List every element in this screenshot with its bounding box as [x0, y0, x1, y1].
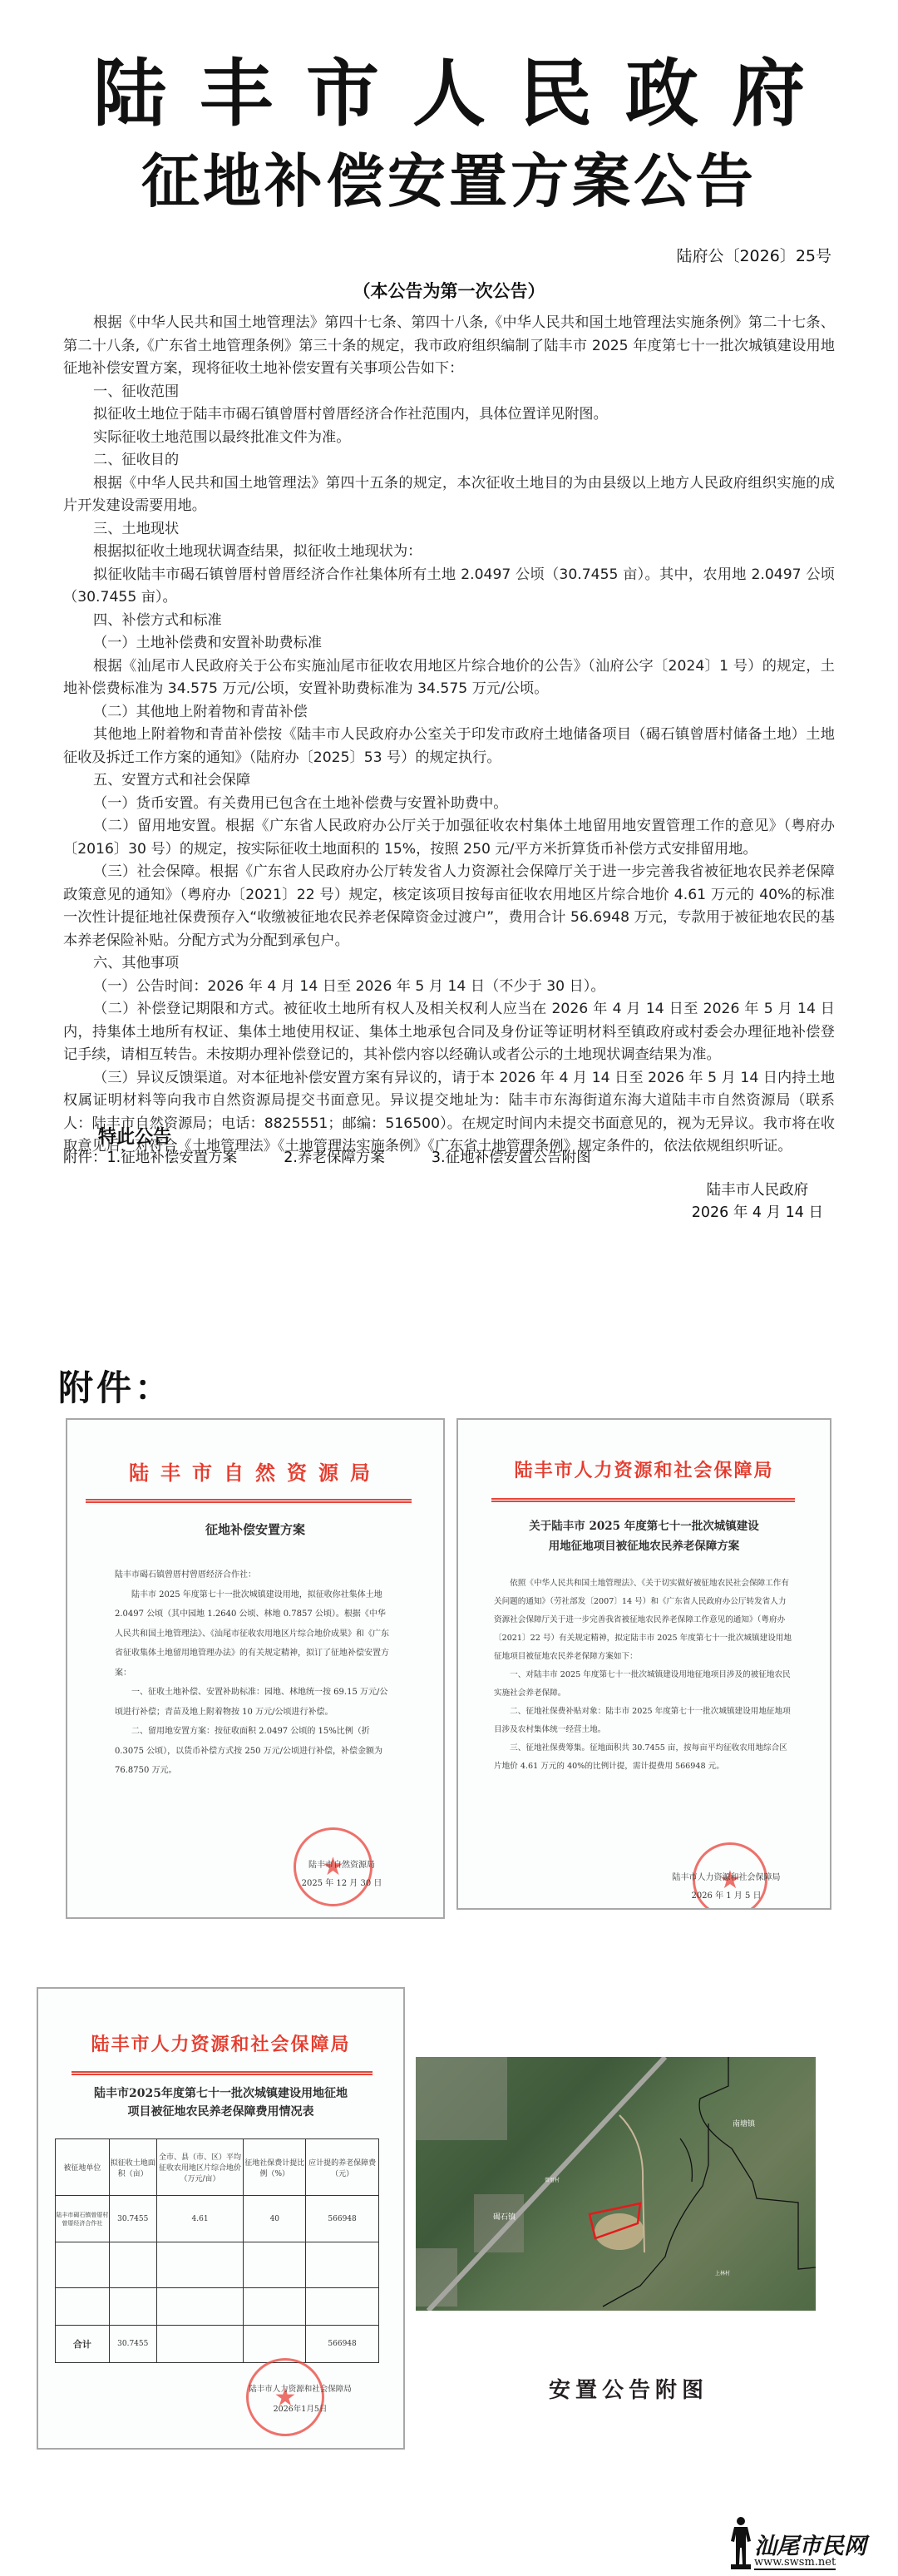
- table-header: 征地社保费计提比例（%）: [244, 2139, 306, 2196]
- red-divider: [86, 1499, 412, 1503]
- red-divider: [491, 1498, 795, 1502]
- scan-title: 关于陆丰市 2025 年度第七十一批次城镇建设 用地征地项目被征地农民养老保障方…: [458, 1516, 830, 1556]
- scan-title: 征地补偿安置方案: [67, 1520, 443, 1538]
- table-cell: 40: [244, 2196, 306, 2242]
- table-total-row: 合计 30.7455 566948: [56, 2326, 379, 2363]
- scan-sign-date: 2026 年 1 月 5 日: [654, 1887, 799, 1906]
- notice-subtitle: （本公告为第一次公告）: [0, 278, 898, 303]
- person-silhouette-icon: [729, 2516, 752, 2570]
- paragraph: （三）异议反馈渠道。对本征地补偿安置方案有异议的，请于本 2026 年 4 月 …: [63, 1067, 835, 1159]
- red-divider: [72, 2071, 373, 2075]
- paragraph: （一）货币安置。有关费用已包含在土地补偿费与安置补助费中。: [63, 793, 835, 816]
- signature-org: 陆丰市人民政府: [692, 1179, 823, 1202]
- paragraph: 根据《汕尾市人民政府关于公布实施汕尾市征收农用地区片综合地价的公告》（汕府公字〔…: [63, 655, 835, 701]
- scan-line: 陆丰市碣石镇曾厝村曾厝经济合作社：: [115, 1565, 389, 1585]
- table-row: [56, 2288, 379, 2326]
- watermark-url: www.swsm.net: [754, 2556, 836, 2570]
- scan-sign-org: 陆丰市人力资源和社会保障局: [221, 2380, 379, 2400]
- scan-org-header: 陆丰市自然资源局: [67, 1456, 443, 1486]
- scan-title: 陆丰市2025年度第七十一批次城镇建设用地征地 项目被征地农民养老保障费用情况表: [38, 2084, 403, 2121]
- pension-fee-table: 被征地单位 拟征收土地面积（亩） 全市、县（市、区）平均征收农用地区片综合地价（…: [55, 2138, 379, 2363]
- scan-body: 依照《中华人民共和国土地管理法》、《关于切实做好被征地农民社会保障工作有关问题的…: [494, 1575, 793, 1776]
- section-heading: 四、补偿方式和标准: [63, 610, 835, 633]
- table-cell: 4.61: [156, 2196, 244, 2242]
- table-row: 陆丰市碣石镇曾厝村曾厝经济合作社 30.7455 4.61 40 566948: [56, 2196, 379, 2242]
- scan-signature: 陆丰市人力资源和社会保障局 2026年1月5日: [221, 2380, 379, 2420]
- attachment-item: 2.养老保障方案: [284, 1146, 385, 1167]
- map-label: 曾厝村: [545, 2177, 560, 2183]
- scan-sign-date: 2026年1月5日: [221, 2400, 379, 2420]
- map-label: 南塘镇: [733, 2119, 756, 2129]
- site-watermark-logo: 汕尾市民网 www.swsm.net: [729, 2516, 896, 2574]
- closing-phrase: 特此公告: [98, 1123, 171, 1149]
- scan-sign-date: 2025 年 12 月 30 日: [296, 1875, 387, 1893]
- table-cell: 566948: [306, 2326, 379, 2363]
- table-header: 全市、县（市、区）平均征收农用地区片综合地价（万元/亩）: [156, 2139, 244, 2196]
- scan-title-line: 陆丰市2025年度第七十一批次城镇建设用地征地: [38, 2084, 403, 2103]
- scan-body: 陆丰市碣石镇曾厝村曾厝经济合作社： 陆丰市 2025 年度第七十一批次城镇建设用…: [115, 1565, 389, 1781]
- scan-line: 一、对陆丰市 2025 年度第七十一批次城镇建设用地征地项目涉及的被征地农民实施…: [494, 1666, 793, 1703]
- scan-line: 二、征地社保费补贴对象：陆丰市 2025 年度第七十一批次城镇建设用地征地项目涉…: [494, 1703, 793, 1739]
- map-caption: 安置公告附图: [549, 2373, 708, 2404]
- subsection-heading: （一）土地补偿费和安置补助费标准: [63, 632, 835, 655]
- attachment-item: 3.征地补偿安置公告附图: [432, 1146, 591, 1167]
- map-label: 上林村: [715, 2270, 730, 2277]
- table-cell: [156, 2242, 244, 2288]
- table-header: 被征地单位: [56, 2139, 110, 2196]
- section-heading: 一、征收范围: [63, 381, 835, 404]
- signature-block: 陆丰市人民政府 2026 年 4 月 14 日: [692, 1179, 823, 1224]
- table-cell: [56, 2242, 110, 2288]
- document-number: 陆府公〔2026〕25号: [676, 244, 831, 266]
- table-cell: 合计: [56, 2326, 110, 2363]
- map-label: 碣石镇: [493, 2212, 516, 2222]
- issuing-authority-title: 陆丰市人民政府: [0, 52, 898, 135]
- notice-body: 根据《中华人民共和国土地管理法》第四十七条、第四十八条,《中华人民共和国土地管理…: [63, 312, 835, 1159]
- table-cell: [109, 2242, 156, 2288]
- table-header: 拟征收土地面积（亩）: [109, 2139, 156, 2196]
- section-heading: 三、土地现状: [63, 518, 835, 541]
- scan-title-line: 项目被征地农民养老保障费用情况表: [38, 2103, 403, 2121]
- table-cell: [56, 2288, 110, 2326]
- scan-line: 一、征收土地补偿、安置补助标准：园地、林地统一按 69.15 万元/公顷进行补偿…: [115, 1683, 389, 1722]
- table-cell: [156, 2288, 244, 2326]
- paragraph: 拟征收陆丰市碣石镇曾厝村曾厝经济合作社集体所有土地 2.0497 公顷（30.7…: [63, 564, 835, 610]
- attachment-item: 附件：1.征地补偿安置方案: [63, 1146, 237, 1167]
- paragraph: 拟征收土地位于陆丰市碣石镇曾厝村曾厝经济合作社范围内，具体位置详见附图。: [63, 403, 835, 427]
- attachment-scan-pension-plan: 陆丰市人力资源和社会保障局 关于陆丰市 2025 年度第七十一批次城镇建设 用地…: [456, 1418, 831, 1910]
- table-cell: [244, 2288, 306, 2326]
- paragraph: （二）补偿登记期限和方式。被征收土地所有权人及相关权利人应当在 2026 年 4…: [63, 998, 835, 1067]
- satellite-map: 南塘镇 碣石镇 曾厝村 上林村: [416, 2057, 816, 2311]
- subsection-heading: （二）其他地上附着物和青苗补偿: [63, 701, 835, 724]
- table-cell: [306, 2288, 379, 2326]
- intro-paragraph: 根据《中华人民共和国土地管理法》第四十七条、第四十八条,《中华人民共和国土地管理…: [63, 312, 835, 381]
- scan-sign-org: 陆丰市人力资源和社会保障局: [654, 1869, 799, 1887]
- attachment-scan-pension-fee-table: 陆丰市人力资源和社会保障局 陆丰市2025年度第七十一批次城镇建设用地征地 项目…: [37, 1987, 405, 2450]
- scan-title-line: 用地征地项目被征地农民养老保障方案: [458, 1536, 830, 1556]
- scan-org-header: 陆丰市人力资源和社会保障局: [458, 1456, 830, 1482]
- table-row: [56, 2242, 379, 2288]
- table-cell: [244, 2326, 306, 2363]
- attachment-list: 附件：1.征地补偿安置方案 2.养老保障方案 3.征地补偿安置公告附图: [63, 1146, 591, 1167]
- section-heading: 二、征收目的: [63, 449, 835, 472]
- section-heading: 六、其他事项: [63, 952, 835, 976]
- paragraph: 根据拟征收土地现状调查结果，拟征收土地现状为：: [63, 541, 835, 564]
- table-cell: 566948: [306, 2196, 379, 2242]
- scan-line: 依照《中华人民共和国土地管理法》、《关于切实做好被征地农民社会保障工作有关问题的…: [494, 1575, 793, 1666]
- scan-signature: 陆丰市自然资源局 2025 年 12 月 30 日: [296, 1857, 387, 1893]
- paragraph: （三）社会保障。根据《广东省人民政府办公厅转发省人力资源社会保障厅关于进一步完善…: [63, 861, 835, 952]
- scan-line: 二、留用地安置方案：按征收面积 2.0497 公顷的 15%比例（折 0.307…: [115, 1722, 389, 1781]
- attachments-heading: 附件：: [58, 1361, 173, 1411]
- paragraph: 其他地上附着物和青苗补偿按《陆丰市人民政府办公室关于印发市政府土地储备项目（碣石…: [63, 724, 835, 769]
- paragraph: （二）留用地安置。根据《广东省人民政府办公厅关于加强征收农村集体土地留用地安置管…: [63, 815, 835, 861]
- table-cell: 30.7455: [109, 2326, 156, 2363]
- table-cell: [109, 2288, 156, 2326]
- scan-sign-org: 陆丰市自然资源局: [296, 1857, 387, 1875]
- table-cell: [244, 2242, 306, 2288]
- scan-line: 陆丰市 2025 年度第七十一批次城镇建设用地，拟征收你社集体土地 2.0497…: [115, 1585, 389, 1684]
- table-cell: [306, 2242, 379, 2288]
- scan-line: 三、征地社保费筹集。征地面积共 30.7455 亩，按每亩平均征收农用地综合区片…: [494, 1739, 793, 1776]
- paragraph: （一）公告时间：2026 年 4 月 14 日至 2026 年 5 月 14 日…: [63, 976, 835, 999]
- scan-signature: 陆丰市人力资源和社会保障局 2026 年 1 月 5 日: [654, 1869, 799, 1906]
- signature-date: 2026 年 4 月 14 日: [692, 1202, 823, 1224]
- section-heading: 五、安置方式和社会保障: [63, 769, 835, 793]
- attachment-scan-compensation-plan: 陆丰市自然资源局 征地补偿安置方案 陆丰市碣石镇曾厝村曾厝经济合作社： 陆丰市 …: [66, 1418, 445, 1919]
- scan-org-header: 陆丰市人力资源和社会保障局: [38, 2030, 403, 2056]
- table-cell: [156, 2326, 244, 2363]
- table-cell: 陆丰市碣石镇曾厝村曾厝经济合作社: [56, 2196, 110, 2242]
- paragraph: 实际征收土地范围以最终批准文件为准。: [63, 427, 835, 450]
- scan-title-line: 关于陆丰市 2025 年度第七十一批次城镇建设: [458, 1516, 830, 1536]
- table-cell: 30.7455: [109, 2196, 156, 2242]
- map-overlay: 南塘镇 碣石镇 曾厝村 上林村: [416, 2057, 816, 2311]
- notice-title: 征地补偿安置方案公告: [0, 148, 898, 215]
- table-header: 应计提的养老保障费（元）: [306, 2139, 379, 2196]
- paragraph: 根据《中华人民共和国土地管理法》第四十五条的规定，本次征收土地目的为由县级以上地…: [63, 472, 835, 518]
